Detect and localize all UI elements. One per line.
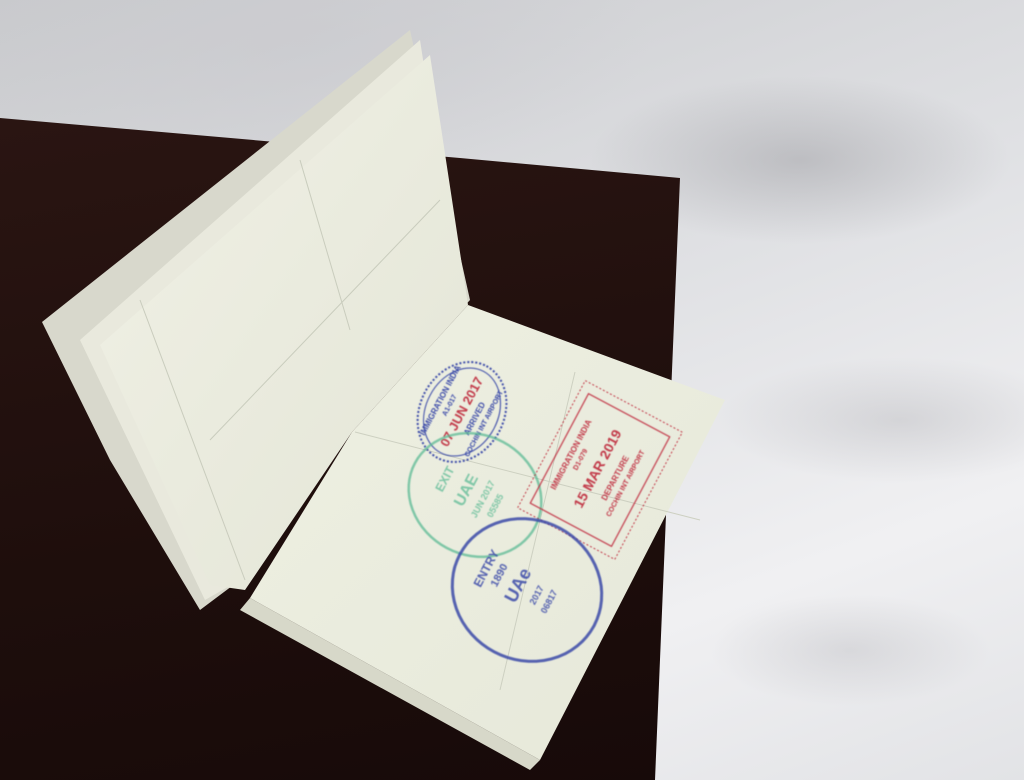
photo-scene: IMMIGRATION INDIA A1-017 07 JUN 2017 ARR… [0,0,1024,780]
open-passport: IMMIGRATION INDIA A1-017 07 JUN 2017 ARR… [0,0,1024,780]
